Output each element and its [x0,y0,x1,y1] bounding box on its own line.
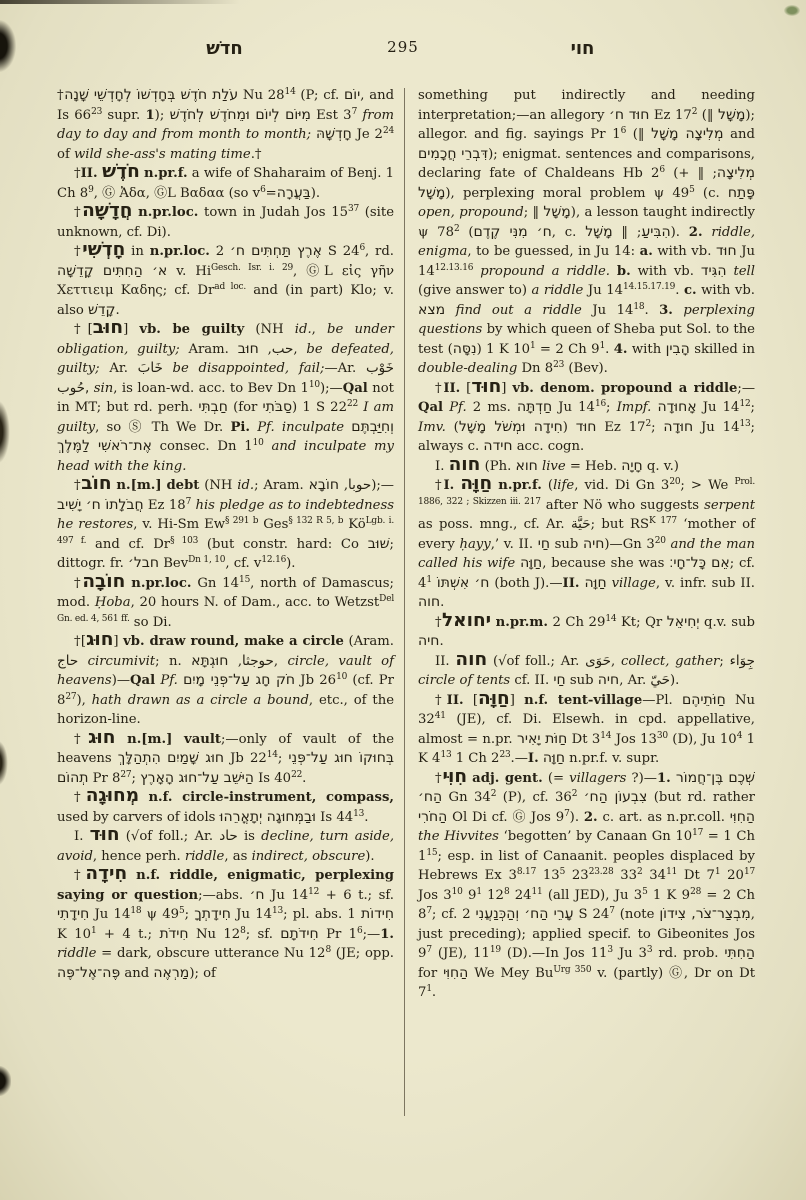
text-segment: 14.15.17.19 [623,282,675,292]
text-segment: L [324,264,342,279]
text-segment: حَيّ [650,672,670,688]
text-segment: n.pr.loc. [138,205,198,220]
text-segment: הָבִין [666,341,690,357]
text-segment: Βαδαα [180,186,224,201]
text-segment: (c. [695,186,728,201]
text-segment: חוּגְתָּא [191,653,228,669]
text-segment: find out a riddle [456,303,582,318]
text-segment: I. [444,478,455,493]
text-segment: );— [320,381,343,396]
text-segment: Qal [418,400,443,415]
text-segment: Jos 3 [418,888,452,903]
text-segment: חוּג [86,629,113,650]
text-segment: ). [286,556,295,571]
text-segment: vb. denom. propound a riddle [512,381,737,396]
text-segment: Ⓢ [128,420,144,435]
text-segment: ; cf. [432,907,462,922]
text-segment: , because she was [542,556,669,571]
text-segment: 36 [555,790,584,805]
text-segment: ). [311,186,320,201]
text-segment: I. [74,829,90,844]
text-segment: with vb. [697,283,755,298]
text-segment: b. [617,264,631,279]
text-segment: )—Gn 3 [604,537,654,552]
text-segment [163,361,173,376]
text-segment: חוּג [88,727,115,748]
text-segment: II. [435,654,455,669]
text-segment: acc. cogn. [513,439,585,454]
text-segment: Is 44 [316,810,353,825]
text-segment: , [339,478,348,493]
text-segment: חיה [598,672,619,688]
text-segment: מצא [418,302,445,318]
text-segment: n.pr.f. v. supr. [565,751,659,766]
text-segment: = Heb. [566,459,622,474]
text-segment: Jos 13 [611,732,657,747]
text-segment: Urg 350 [553,965,591,975]
text-segment: 24 [509,888,531,903]
text-segment: ; sf. [246,927,281,942]
scan-speck [784,5,800,16]
text-segment: חִוִּי [443,766,468,787]
text-segment: ; n. [155,654,191,669]
text-segment: ( [460,225,474,240]
text-segment: = 2 Ch 9 [536,342,600,357]
text-segment: , [293,264,306,279]
text-segment: of [57,147,74,162]
text-segment: n.pr.loc. [131,576,191,591]
text-segment: † [74,790,86,805]
text-segment: הַיּשֵׁב עַל־חוּג הָאָרֶץ [140,770,254,786]
text-segment: ; cf. [730,556,755,571]
text-segment: be disappointed, fail; [173,361,325,376]
text-segment: (D).—In Jos 11 [501,946,607,961]
text-segment: Je 2 [352,127,383,142]
text-segment: פֶּה־אֶל־פֶּה [57,965,120,981]
text-segment: Jb 22 [224,751,267,766]
text-segment: חִידָתְךָ [194,906,231,922]
text-segment: Ju 14 [583,283,623,298]
text-segment: 23 [499,750,510,760]
text-segment: , [312,322,327,337]
text-segment: 1 Ch 2 [452,751,500,766]
text-segment: villagers [569,771,626,786]
text-segment: ] [123,322,139,337]
text-segment: חוּדָה [663,419,693,435]
text-segment: חִידוֹת [361,906,394,922]
text-segment: חוֹבָה [82,571,125,592]
scan-edge-smudge [0,0,240,4]
text-segment: חַי [538,536,550,552]
text-segment: Dn 1, 10 [188,555,225,565]
text-segment: Ez 17 [649,108,691,123]
text-segment: מִיּוֹם לְיוֹם וּמֵחֹדֶשׁ לְחֹדֶשׁ [170,107,311,123]
text-segment: ] [510,693,524,708]
entry-paragraph: †II. [חַוָּה] n.f. tent-village—Pl. חַוֹ… [418,691,755,769]
text-segment: 3. [659,303,673,318]
text-segment: 12.16 [261,555,286,565]
text-segment: 12.13.16 [435,263,473,273]
text-segment: —Ar. [324,361,366,376]
text-segment: † [435,615,442,630]
text-segment: Dn 8 [517,361,553,376]
text-segment: .— [511,751,528,766]
text-segment: , is loan-wd. acc. to Bev Dn 1 [113,381,309,396]
text-segment: (√of foll.; Ar. [487,654,585,669]
text-segment: Ju 14 [231,907,272,922]
text-segment: 2 Ch 29 [548,615,605,630]
text-segment: 1 [145,108,154,123]
text-segment: ). [365,849,374,864]
text-segment: indirect, obscure [252,849,366,864]
text-segment: Ⓖ [512,810,526,825]
text-segment: , v. infr. sub II. [656,576,755,591]
text-segment: Ju 14 [552,400,595,415]
text-segment: the Hivvites [418,829,499,844]
text-segment: adj. gent. [472,771,543,786]
text-segment: Ez 18 [144,498,186,513]
text-segment: Ⓖ [102,186,115,201]
text-segment: Ju 14 [265,888,309,903]
text-segment: id. [237,478,254,493]
text-segment: קָדֵשׁ [88,302,116,318]
text-segment: (+ [665,166,698,181]
text-segment: ,’ v. II. [491,537,538,552]
text-segment: , [146,186,154,201]
text-segment: 23.28 [589,867,614,877]
text-segment: חוּב [93,317,123,338]
text-segment: 18 [633,302,644,312]
text-segment: (Aram. [344,634,394,649]
text-segment: . [605,342,614,357]
entry-paragraph: II. חוה (√of foll.; Ar. حَوَى, collect, … [418,652,755,691]
text-segment: sub [566,673,598,688]
text-segment: † [435,771,443,786]
text-segment: חיה [418,633,439,649]
lexicon-page: חדשׁ 295 חוי †עֹלַת חֹדֶשׁ בְּחָדְשׁוֹ ל… [0,0,806,1200]
text-segment: ?)— [626,771,657,786]
text-segment: id. [295,322,312,337]
text-segment: Jb 26 [295,673,336,688]
text-segment: ) 1 K 10 [477,342,530,357]
text-segment: )— [112,673,130,688]
text-segment: serpent [704,498,755,513]
text-segment: 11 [666,867,677,877]
text-segment: tell [733,264,755,279]
text-segment: Ju 14 [89,907,130,922]
text-segment: 34 [643,868,667,883]
text-segment: Ju 3 [613,946,647,961]
text-segment: c. art. as n.pr.coll. [598,810,730,825]
text-segment: —Pl. [642,693,682,708]
text-segment: (but rd. rather [647,790,755,805]
text-segment: חַוֹּת יָאִיר [517,731,567,747]
text-segment: †[ [74,634,86,649]
text-segment: (Ph. [480,459,515,474]
text-segment: Ἀδα [119,186,145,201]
text-segment: ψ 49 [141,907,179,922]
text-segment: חֹדֶשׁ [102,161,140,182]
text-segment: יוֹם [344,87,360,103]
text-segment: 27 [65,692,76,702]
text-segment: , [94,186,102,201]
text-segment: אָחוּדָה [658,399,697,415]
text-segment [610,264,617,279]
text-segment: (P), cf. [496,790,555,805]
entry-paragraph: †חוֹבָה n.pr.loc. Gn 1415, north of Dama… [57,574,394,633]
text-segment: 37 [348,204,359,214]
text-segment: Impf. [617,400,652,415]
text-segment: חִידֹתָם [280,926,318,942]
text-segment: ; ‖ [524,205,544,220]
text-segment: ), perplexing moral problem ψ 49 [445,186,689,201]
text-segment: † [74,205,82,220]
text-segment: חוּד [716,243,737,259]
text-segment: Ⓖ [306,264,324,279]
text-segment: (‖ [697,108,718,123]
text-segment: live [542,459,566,474]
text-segment: II. [81,166,103,181]
text-segment: double-dealing [418,361,517,376]
text-segment: n.f. circle-instrument, compass, [148,790,394,805]
text-segment: מַרְאֶה [153,965,189,981]
text-segment: Ḥoba [95,595,131,610]
running-head: חדשׁ 295 חוי [0,38,806,68]
text-segment: חַוָּה [460,473,492,494]
text-segment: ). [570,810,584,825]
entry-paragraph: something put indirectly and needing int… [418,86,755,379]
text-segment: with vb. [631,264,701,279]
text-segment: حاد [219,828,237,844]
text-segment: חוה [455,649,487,670]
text-segment: 23 [91,107,102,117]
text-segment: 13 [739,419,750,429]
entry-paragraph: †מְחוּגָה n.f. circle-instrument, compas… [57,788,394,827]
text-segment: ad loc. [214,282,246,292]
text-segment: (Bev). [564,361,608,376]
text-segment: = dark, obscure utterance Nu 12 [96,946,325,961]
text-segment: †[ [74,322,93,337]
text-segment: I. [528,751,539,766]
text-segment: Nu 12 [189,927,241,942]
text-segment: (so v [224,186,260,201]
text-segment: Pf. inculpate [257,420,344,435]
text-segment: ; [185,907,195,922]
text-segment: 33 [613,868,637,883]
scan-edge-smudge [0,740,8,786]
text-segment: § 291 b [225,516,258,526]
text-segment: . [440,595,444,610]
text-segment: ḥayy [459,537,490,552]
text-segment: ] [501,381,512,396]
text-segment: I. [435,459,449,474]
text-segment: דִּבְרֵי חֲכָמִים [418,146,488,162]
text-segment: Est 3 [311,108,352,123]
text-segment: circumivit [88,654,155,669]
text-segment: חָדְשִׁי [82,239,125,260]
entry-paragraph: †עֹלַת חֹדֶשׁ בְּחָדְשׁוֹ לְחָדְשֵׁי שָׁ… [57,86,394,164]
text-segment: with [627,342,665,357]
text-segment [172,732,184,747]
text-segment: מָשָׁל [543,204,570,220]
text-segment: ). [670,673,679,688]
text-segment: Imv. [418,420,446,435]
text-segment: † [435,478,444,493]
text-segment: n.pr.f. [144,166,188,181]
text-segment: cf. II. [510,673,553,688]
text-segment: q.v. sub [699,615,755,630]
text-segment: . [675,283,684,298]
text-segment: מָשָׁל [418,185,445,201]
text-segment: (for [228,400,263,415]
text-segment: ); [155,108,170,123]
text-segment: . [302,771,306,786]
text-segment: 19 [490,945,501,955]
text-segment: 1 K 9 [648,888,690,903]
text-segment: חַבְתִּי [198,399,228,415]
entry-paragraph: †[חוּב] vb. be guilty (NH id., be under … [57,320,394,476]
text-segment: חָדְשָׁהּ [316,126,352,142]
text-segment: ח׳ מִנִּי קֶדֶם [473,224,551,240]
text-segment: חוֹב [81,473,111,494]
text-segment [127,868,136,883]
text-segment: used by carvers of idols [57,810,220,825]
text-segment: hath drawn as a circle a bound [92,693,309,708]
text-segment: 2. [689,225,703,240]
text-segment: Dt 3 [567,732,600,747]
text-segment: ; [606,400,617,415]
text-segment: Ⓖ [669,966,684,981]
text-segment: after Nö who suggests [541,498,704,513]
text-segment: 23 [565,868,589,883]
text-segment: is [238,829,261,844]
text-segment: 12 [739,399,750,409]
text-segment: שׁוּב [368,536,390,552]
text-segment: חַוָּה [478,688,510,709]
text-segment: צִבְעוֹן הַח׳ [584,789,648,805]
text-segment: Bev [159,556,188,571]
text-segment: חַוָּה [543,750,565,766]
text-segment: חָיָה [621,458,642,474]
text-segment: 17 [692,828,703,838]
text-segment [673,303,683,318]
text-segment: 11 [532,887,543,897]
text-segment: ; pl. abs. [283,907,347,922]
text-segment: Ol Di cf. [447,810,512,825]
text-segment: Kö [343,517,365,532]
text-segment: , cf. v [225,556,261,571]
text-segment: n.[m.] [127,732,172,747]
text-segment: حَيَّة [571,516,591,532]
text-segment: חוא [515,458,537,474]
text-segment: 14 [267,750,278,760]
text-segment: Pf. [449,400,466,415]
text-segment: חוה [418,594,440,610]
text-segment: .† [251,147,262,162]
text-segment: Gn 14 [191,576,239,591]
text-segment: حَوَى [585,653,611,669]
entry-paragraph: †II. חֹדֶשׁ n.pr.f. a wife of Shaharaim … [57,164,394,203]
text-segment: riddle [185,849,224,864]
text-segment: 30 [657,731,668,741]
text-segment: 12 [308,887,319,897]
text-segment: הַחִתִּי [724,945,755,961]
text-segment: n.f. tent-village [524,693,642,708]
text-segment: c. [684,283,697,298]
text-segment: riddle [57,946,96,961]
text-segment: ; but RS [591,517,649,532]
text-segment: . [439,634,443,649]
text-segment: Ju 14 [582,303,634,318]
text-segment: ח׳ [250,887,265,903]
text-segment: מְלִיצָה [717,165,755,181]
text-segment: 27 [120,770,131,780]
text-segment: ; Aram. [254,478,308,493]
text-segment: חוּג שָׁמַיִם הִתְהַלָּךְ [118,750,224,766]
text-segment: † [74,244,82,259]
text-segment: consec. Dn 1 [152,439,253,454]
text-segment: (NH [199,478,237,493]
text-segment: and [724,127,755,142]
text-segment: , [274,654,288,669]
text-segment: , vid. Di Gn 3 [574,478,669,493]
text-segment: ;— [737,381,755,396]
text-segment: 28 [690,887,701,897]
text-segment: ( [542,478,553,493]
text-segment: , so [95,420,128,435]
text-segment: 18 [130,906,141,916]
text-segment: Gn 34 [442,790,491,805]
text-segment: חַוָּה [584,575,606,591]
text-segment: propound a riddle. [480,264,610,279]
text-segment: 4. [614,342,628,357]
text-segment: 1. [657,771,671,786]
text-segment: circle of tents [418,673,510,688]
text-segment: . [115,303,119,318]
text-segment: collect, gather [621,654,719,669]
text-segment: (give answer to) [418,283,532,298]
text-segment: חִידֹת [159,926,188,942]
text-segment: );— [371,478,394,493]
text-segment: , as [224,849,251,864]
text-segment: , hence perh. [93,849,185,864]
text-segment: מִבְצַר־צֹר, צִידוֹן [659,906,750,922]
text-segment: 22 [347,399,358,409]
text-segment: חוֹבָא [309,477,339,493]
text-segment: sub [550,537,583,552]
text-segment: Pr 1 [319,927,357,942]
text-segment: حوبا [348,477,371,493]
entry-paragraph: †חוֹב n.[m.] debt (NH id.; Aram. حوبا, ח… [57,476,394,574]
text-segment: חוּד [471,376,501,397]
text-segment: v. (partly) [591,966,669,981]
text-segment: = [266,186,277,201]
text-segment: v. Hi [167,264,211,279]
text-segment: שְׁכֶם [728,770,755,786]
text-segment: (JE; opp. [331,946,394,961]
text-segment: vault [184,732,221,747]
text-segment: . [644,303,659,318]
text-segment: , [611,654,621,669]
text-segment: Dt 7 [677,868,715,883]
text-segment: חַוָּה [520,555,542,571]
text-segment: life [553,478,574,493]
text-segment: מְלִיצָה מָשָׁל [651,126,723,142]
entry-paragraph: †חוּג n.[m.] vault;—only of vault of the… [57,730,394,789]
text-segment: ; cf. Dr [163,283,215,298]
text-segment: n.pr.f. [498,478,542,493]
text-segment: + 4 t.; [97,927,160,942]
